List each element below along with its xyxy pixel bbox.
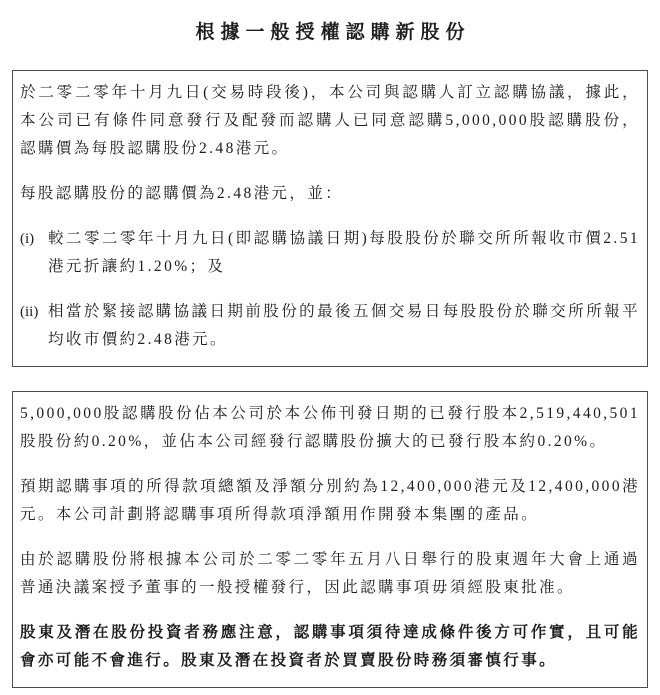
list-marker-i: (i) (20, 225, 48, 281)
proceeds-paragraph: 預期認購事項的所得款項總額及淨額分別約為12,400,000港元及12,400,… (20, 473, 640, 529)
share-capital-effect-box: 5,000,000股認購股份佔本公司於本公佈刊發日期的已發行股本2,519,44… (12, 391, 648, 688)
share-capital-paragraph: 5,000,000股認購股份佔本公司於本公佈刊發日期的已發行股本2,519,44… (20, 400, 640, 456)
announcement-page: 根據一般授權認購新股份 於二零二零年十月九日(交易時段後)，本公司與認購人訂立認… (0, 0, 660, 695)
warning-paragraph: 股東及潛在股份投資者務應注意，認購事項須待達成條件後方可作實，且可能會亦可能不會… (20, 619, 640, 675)
agreement-paragraph: 於二零二零年十月九日(交易時段後)，本公司與認購人訂立認購協議，據此，本公司已有… (20, 79, 640, 163)
list-item-text: 相當於緊接認購協議日期前股份的最後五個交易日每股股份於聯交所所報平均收市價約2.… (48, 298, 640, 354)
subscription-agreement-box: 於二零二零年十月九日(交易時段後)，本公司與認購人訂立認購協議，據此，本公司已有… (12, 70, 648, 367)
page-title: 根據一般授權認購新股份 (0, 20, 660, 46)
list-marker-ii: (ii) (20, 298, 48, 354)
list-item: (ii) 相當於緊接認購協議日期前股份的最後五個交易日每股股份於聯交所所報平均收… (20, 298, 640, 354)
subscription-price-paragraph: 每股認購股份的認購價為2.48港元，並： (20, 180, 640, 208)
list-item-text: 較二零二零年十月九日(即認購協議日期)每股股份於聯交所所報收市價2.51港元折讓… (48, 225, 640, 281)
general-mandate-paragraph: 由於認購股份將根據本公司於二零二零年五月八日舉行的股東週年大會上通過普通決議案授… (20, 546, 640, 602)
list-item: (i) 較二零二零年十月九日(即認購協議日期)每股股份於聯交所所報收市價2.51… (20, 225, 640, 281)
